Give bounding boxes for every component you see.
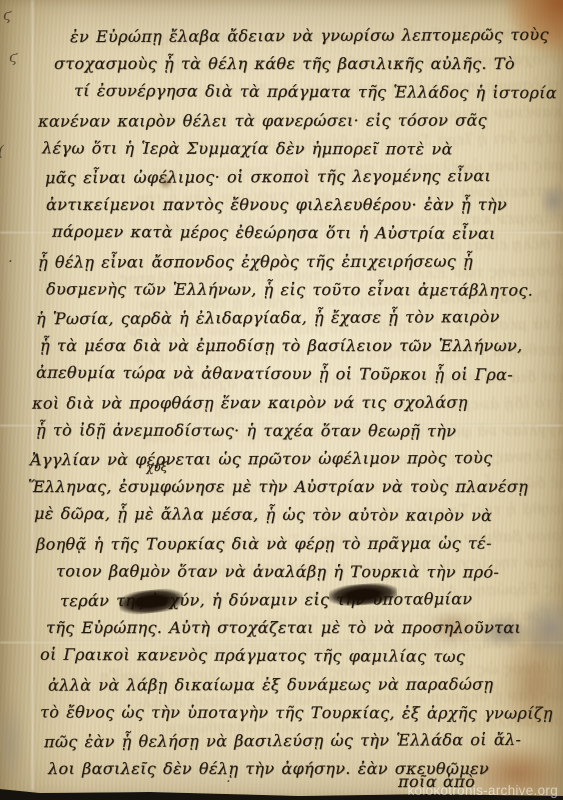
manuscript-line: κανέναν καιρὸν θέλει τὰ φανερώσει· εἰς τ…	[38, 106, 548, 135]
manuscript-line: ἀντικείμενοι παντὸς ἔθνους φιλελευθέρου·…	[46, 191, 548, 219]
manuscript-line: ἀλλὰ νὰ λάβῃ δικαίωμα ἐξ δυνάμεως νὰ παρ…	[48, 670, 548, 699]
manuscript-line: στοχασμοὺς ᾗ τὰ θέλη κάθε τῆς βασιλικῆς …	[54, 50, 548, 78]
manuscript-line: τὸ ἔθνος ὡς τὴν ὑποταγὴν τῆς Τουρκίας, ἐ…	[40, 698, 548, 727]
manuscript-line: ἡ Ῥωσία, ςαρδὰ ἡ ἐλιδαργίαδα, ᾗ ἔχασε ᾗ …	[36, 303, 548, 334]
manuscript-page: ἐν Εὐρώπῃ ἔλαβα ἄδειαν νὰ γνωρίσω λεπτομ…	[0, 0, 563, 800]
scanned-manuscript: ἐν Εὐρώπῃ ἔλαβα ἄδειαν νὰ γνωρίσω λεπτομ…	[0, 0, 563, 800]
margin-mark: ϛ	[9, 48, 17, 66]
watermark: kolokotronis-archive.org	[407, 783, 558, 798]
manuscript-line: πῶς ἐὰν ᾗ θελήσῃ νὰ βασιλεύσῃ ὡς τὴν Ἑλλ…	[44, 726, 548, 757]
stain-bottom-left-edge	[0, 698, 26, 790]
manuscript-line: τί ἐσυνέργησα διὰ τὰ πράγματα τῆς Ἑλλάδο…	[74, 77, 548, 108]
manuscript-line: Ἕλληνας, ἐσυμφώνησε μὲ τὴν Αὐστρίαν νὰ τ…	[28, 473, 548, 501]
margin-mark: ϛ	[3, 6, 11, 24]
manuscript-line: δυσμενὴς τῶν Ἑλλήνων, ᾗ εἰς τοῦτο εἶναι …	[46, 275, 548, 304]
manuscript-line: μᾶς εἶναι ὠφέλιμος· οἱ σκοποὶ τῆς λεγομέ…	[45, 162, 548, 193]
manuscript-line: μὲ δῶρα, ᾗ μὲ ἄλλα μέσα, ᾗ ὡς τὸν αὐτὸν …	[34, 500, 548, 531]
manuscript-line: ᾗ τὰ μέσα διὰ νὰ ἐμποδίσῃ τὸ βασίλειον τ…	[40, 332, 548, 360]
manuscript-line: τεράν της ἰσχύν, ἡ δύναμιν εἰς τὴν ὑποτα…	[60, 585, 548, 616]
manuscript-line: ἀπεθυμία τώρα νὰ ἀθανατίσουν ᾗ οἱ Τοῦρκο…	[36, 359, 548, 390]
manuscript-line: τῆς Εὐρώπης. Αὐτὴ στοχάζεται μὲ τὸ νὰ πρ…	[46, 614, 548, 642]
margin-mark: (	[0, 142, 4, 160]
manuscript-line: οἱ Γραικοὶ κανενὸς πράγματος τῆς φαμιλία…	[40, 641, 548, 672]
manuscript-line: ἐν Εὐρώπῃ ἔλαβα ἄδειαν νὰ γνωρίσω λεπτομ…	[70, 21, 548, 52]
interlinear-insertion: χυξ	[146, 459, 168, 474]
manuscript-line: βοηθᾷ ἡ τῆς Τουρκίας διὰ νὰ φέρῃ τὸ πρᾶγ…	[36, 529, 548, 558]
manuscript-line: Ἀγγλίαν νὰ φέρνεται ὡς πρῶτον ὠφέλιμον π…	[30, 444, 548, 475]
manuscript-line: ᾗ θέλῃ εἶναι ἄσπονδος ἐχθρὸς τῆς ἐπιχειρ…	[38, 247, 548, 276]
manuscript-line: κοὶ διὰ νὰ προφθάσῃ ἕναν καιρὸν νά τις σ…	[32, 388, 548, 417]
manuscript-lines: ἐν Εὐρώπῃ ἔλαβα ἄδειαν νὰ γνωρίσω λεπτομ…	[36, 22, 548, 783]
manuscript-line: τοιον βαθμὸν ὅταν νὰ ἀναλάβῃ ἡ Τουρκιὰ τ…	[56, 557, 548, 586]
manuscript-line: πάρομεν κατὰ μέρος ἐθεώρησα ὅτι ἡ Αὐστρί…	[52, 218, 548, 249]
margin-mark: ·	[8, 252, 13, 270]
manuscript-line: ᾗ τὸ ἰδῇ ἀνεμποδίστως· ἡ ταχέα ὅταν θεωρ…	[36, 416, 548, 445]
margin-mark: .	[226, 768, 231, 786]
manuscript-line: λέγω ὅτι ἡ Ἱερὰ Συμμαχία δὲν ἠμπορεῖ ποτ…	[42, 134, 548, 163]
